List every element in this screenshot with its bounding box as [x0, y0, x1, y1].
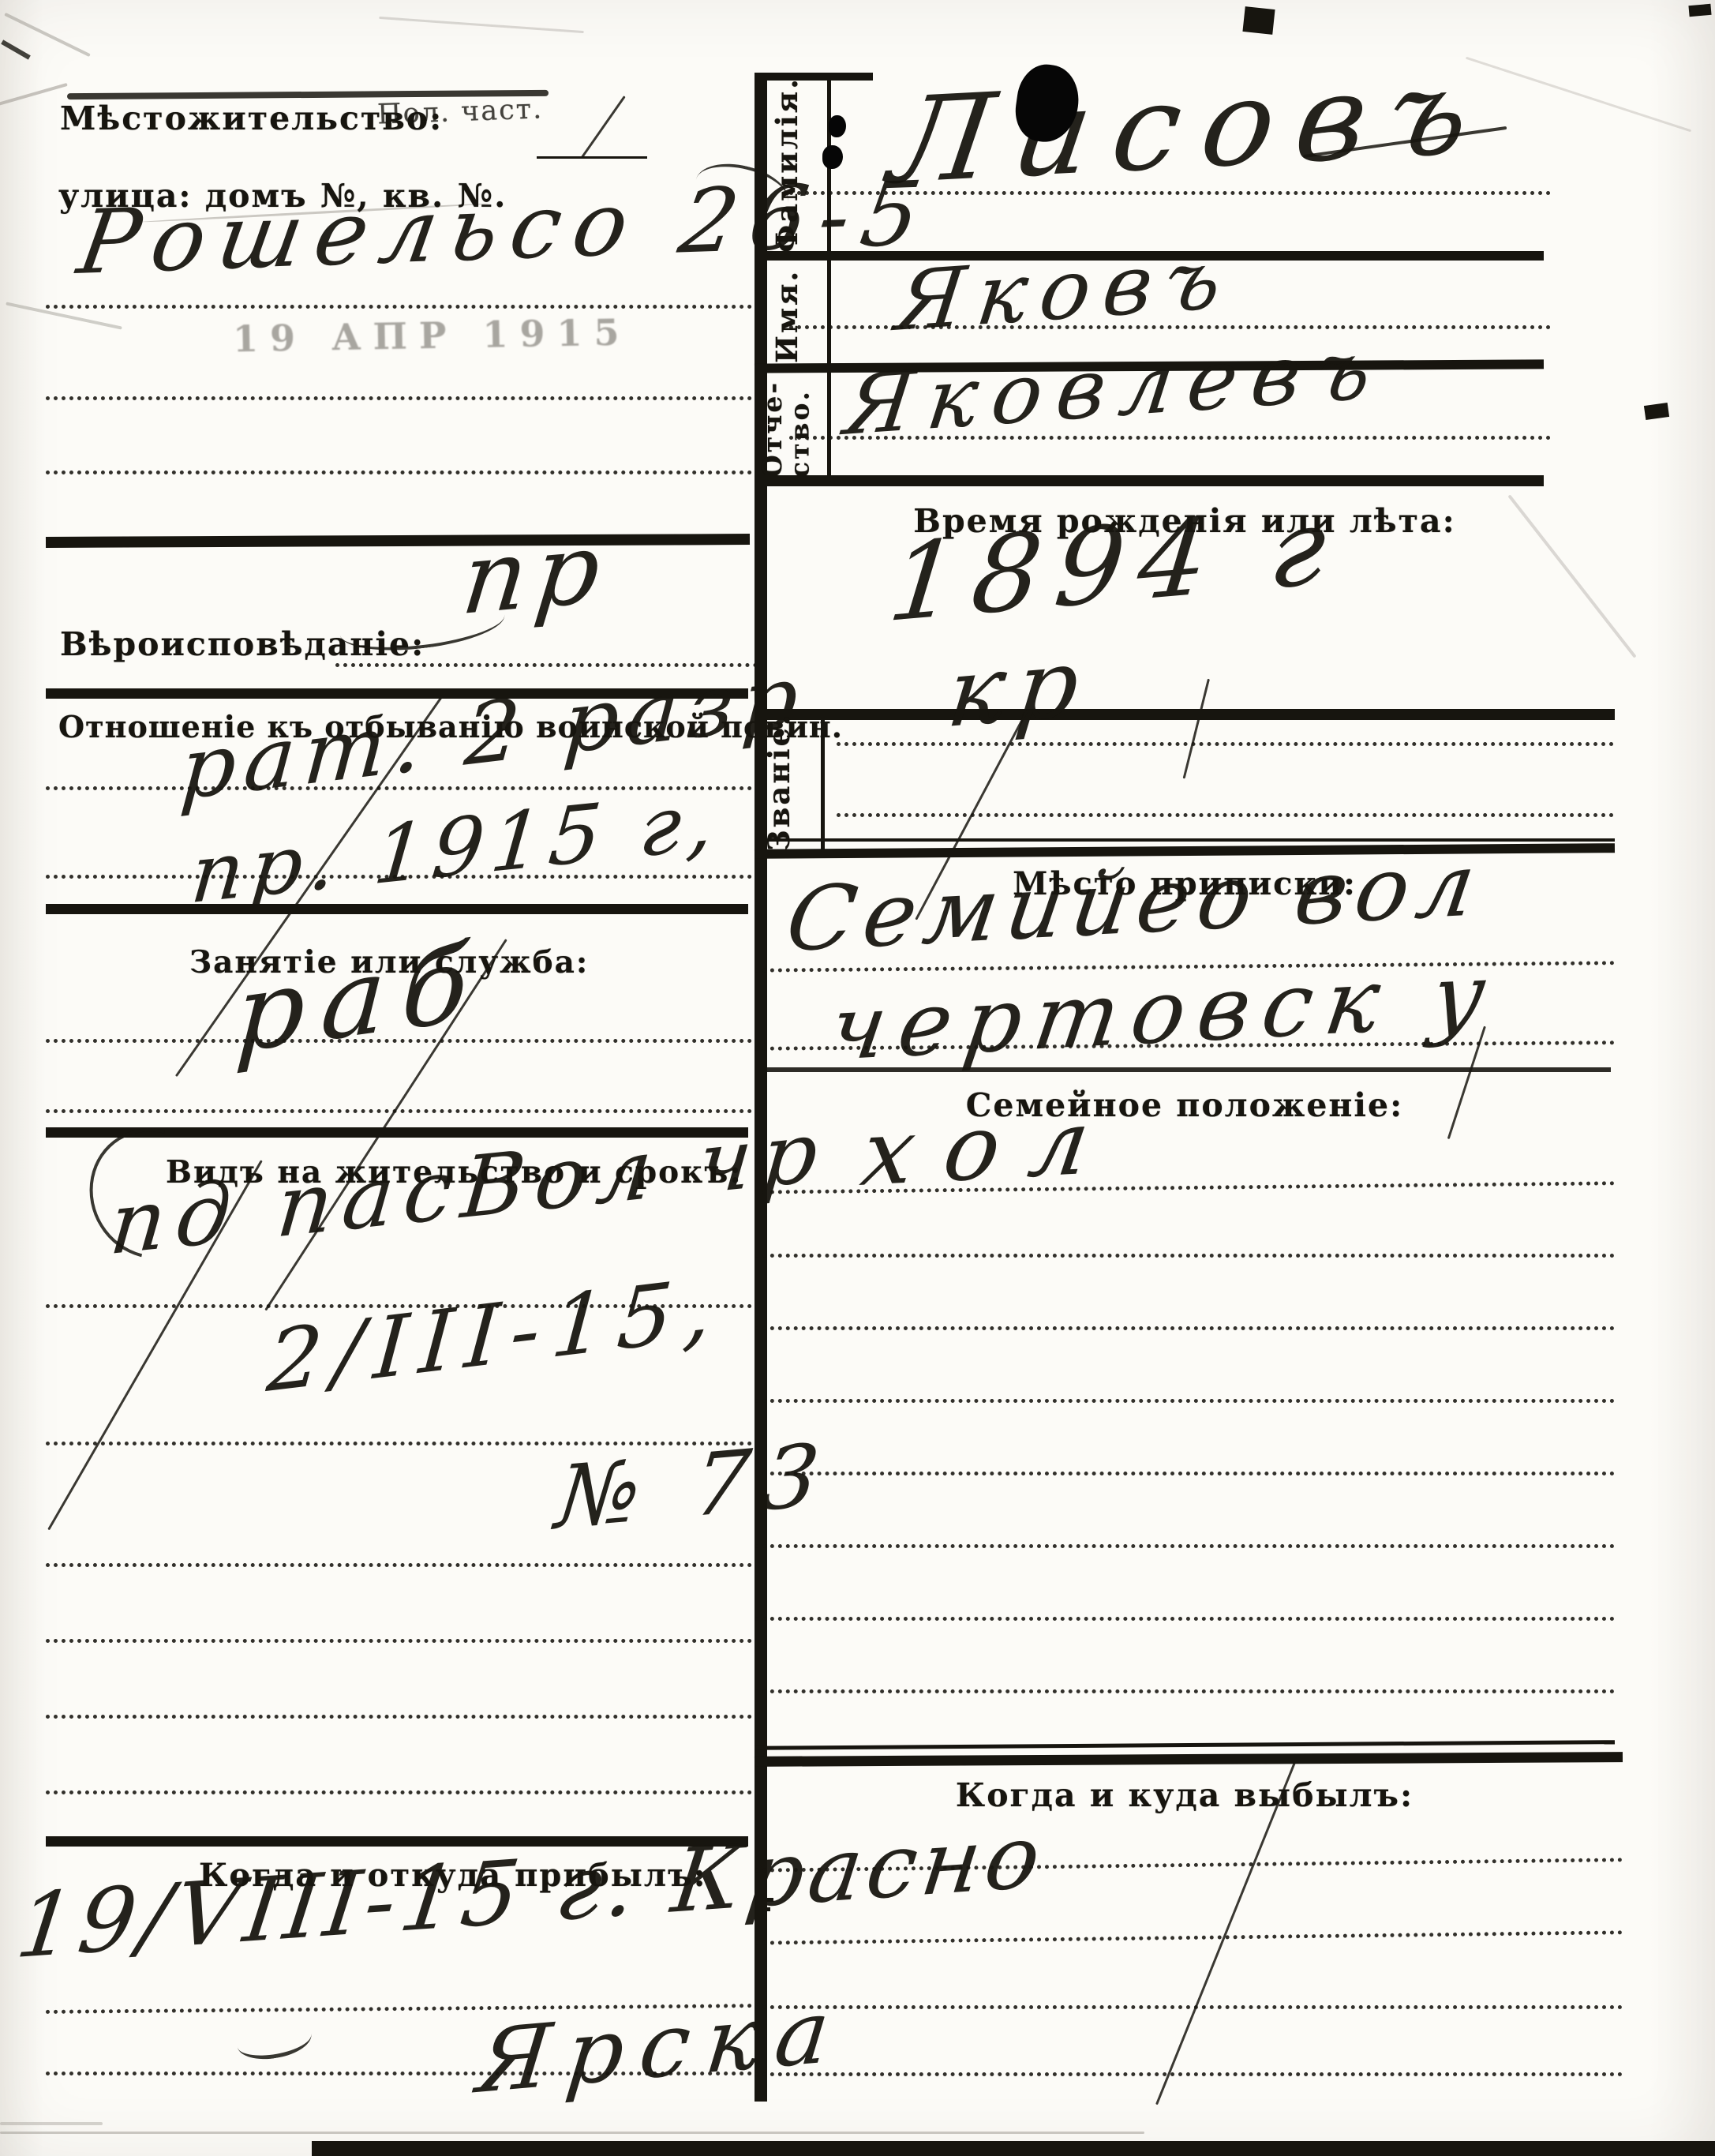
surname-label: Фамилія. [772, 83, 803, 253]
dotted-line [46, 875, 760, 879]
dotted-line [46, 1563, 760, 1567]
crease-mark [379, 17, 584, 33]
dotted-line [46, 471, 760, 474]
label-column-rule [821, 720, 825, 854]
dotted-line [755, 1689, 1615, 1693]
section-rule [46, 534, 750, 548]
edge-mark [1, 39, 31, 59]
edge-mark [1644, 403, 1669, 420]
dotted-line [46, 1639, 760, 1643]
edge-mark [759, 1898, 773, 1902]
dotted-line [755, 1472, 1615, 1475]
faint-rule [0, 2132, 1144, 2134]
permit-handwriting-3: № 73 [552, 1431, 836, 1541]
pen-flourish [234, 2016, 314, 2064]
dotted-line [755, 1617, 1615, 1621]
patronymic-label: Отче- ство. [759, 371, 814, 478]
section-rule [755, 1752, 1623, 1767]
dotted-line [46, 1715, 760, 1719]
thin-rule [755, 1740, 1615, 1750]
dotted-line [755, 1544, 1615, 1548]
edge-mark [1688, 4, 1711, 17]
dotted-line [46, 396, 760, 400]
dash-rule [537, 156, 647, 159]
section-rule [755, 709, 1615, 720]
dotted-line [837, 742, 1614, 746]
dotted-line [755, 1254, 1615, 1258]
crease-mark [1466, 57, 1691, 133]
dotted-line [755, 1930, 1623, 1944]
registration-handwriting-1: Семийео вол [781, 840, 1488, 965]
dotted-line [755, 2072, 1623, 2076]
religion-handwriting: пр [458, 519, 612, 629]
ink-blot [829, 115, 846, 137]
dotted-line [789, 436, 1551, 440]
family-handwriting: хол [856, 1096, 1125, 1200]
address-handwriting: Рошельсо 26-5 [73, 170, 938, 287]
dotted-line [46, 305, 760, 309]
dotted-line [46, 1039, 760, 1043]
occupation-handwriting: раб [233, 928, 487, 1068]
rank-label: Званіе. [764, 725, 795, 851]
dotted-line [755, 2005, 1623, 2009]
date-stamp: 19 АПР 1915 [233, 311, 631, 361]
dotted-line [837, 813, 1614, 817]
name-label: Имя. [772, 268, 803, 363]
dotted-line [755, 1326, 1615, 1330]
dotted-line [789, 325, 1551, 329]
pen-stroke [1183, 679, 1210, 779]
scan-bottom-bar [312, 2141, 1715, 2156]
pen-stroke [581, 96, 626, 159]
departure-label: Когда и куда выбылъ: [755, 1776, 1615, 1814]
thin-rule [755, 1067, 1611, 1072]
crease-mark [0, 2122, 103, 2125]
police-part-label: Пол. част. [376, 93, 543, 130]
dotted-line [755, 1399, 1615, 1403]
permit-handwriting-2: 2/III-15, [264, 1266, 725, 1405]
dotted-line [46, 1109, 760, 1113]
dotted-line [789, 191, 1551, 195]
dotted-line [46, 2072, 760, 2075]
crease-mark [0, 83, 68, 107]
surname-handwriting: Лисовъ [884, 52, 1499, 201]
dotted-line [46, 1790, 760, 1794]
section-rule [46, 904, 748, 914]
registration-card-scan: Мѣстожительство: Пол. част. улица: домъ … [0, 0, 1715, 2156]
edge-mark [759, 1907, 770, 1911]
edge-mark [1242, 6, 1275, 35]
section-rule [755, 475, 1544, 486]
